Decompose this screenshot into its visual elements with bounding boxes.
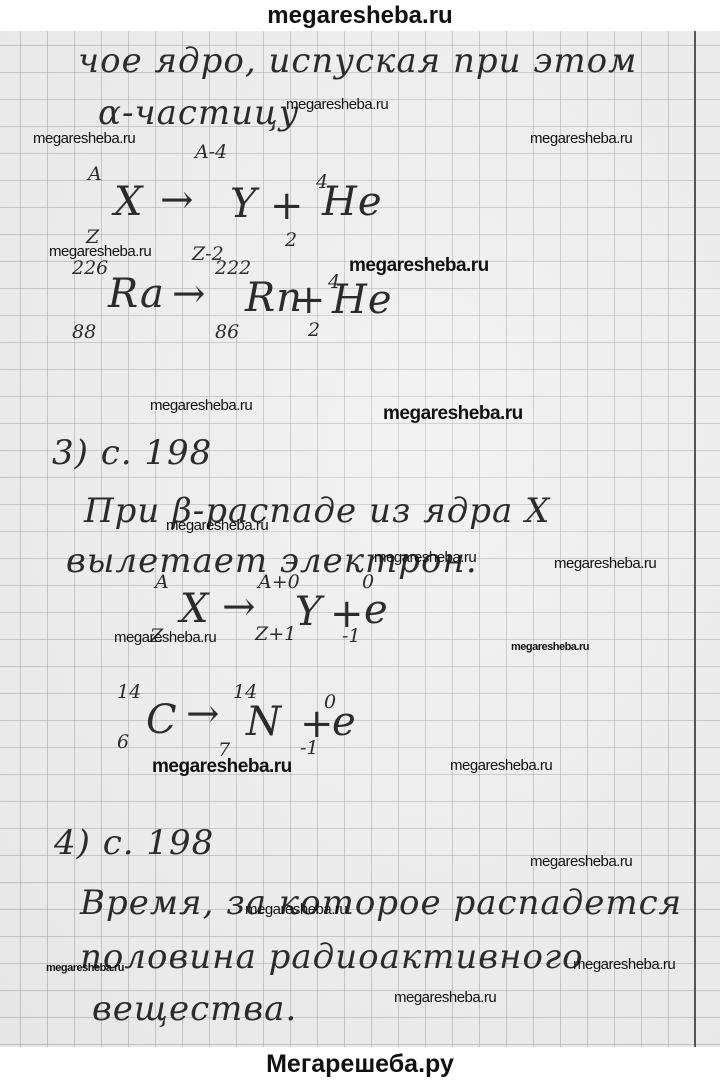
watermark: megaresheba.ru bbox=[573, 956, 675, 973]
watermark: megaresheba.ru bbox=[33, 130, 135, 147]
section4-line-1: Время, за которое распадется bbox=[80, 883, 682, 923]
watermark: megaresheba.ru bbox=[394, 989, 496, 1006]
arrow: → bbox=[160, 177, 195, 223]
watermark: megaresheba.ru bbox=[450, 757, 552, 774]
parent-symbol: X bbox=[180, 586, 209, 632]
notebook-page: чое ядро, испуская при этом α-частицу A … bbox=[0, 31, 720, 1047]
site-title: megaresheba.ru bbox=[267, 2, 452, 29]
emitted-charge: -1 bbox=[342, 625, 361, 647]
intro-line-1: чое ядро, испуская при этом bbox=[78, 41, 637, 81]
emitted-symbol: e bbox=[332, 699, 357, 745]
parent-symbol: Ra bbox=[108, 271, 165, 317]
margin-line bbox=[694, 31, 696, 1047]
section4-line-3: вещества. bbox=[92, 989, 297, 1029]
daughter-charge: Z+1 bbox=[255, 623, 296, 645]
parent-charge: 88 bbox=[72, 321, 96, 343]
site-footer-title: Мегарешеба.ру bbox=[266, 1050, 454, 1078]
site-header: megaresheba.ru bbox=[0, 0, 720, 31]
emitted-symbol: He bbox=[332, 277, 393, 323]
watermark: megaresheba.ru bbox=[46, 962, 124, 974]
parent-mass: 14 bbox=[117, 681, 141, 703]
emitted-charge: 2 bbox=[285, 229, 297, 251]
parent-mass: 226 bbox=[72, 257, 108, 279]
watermark: megaresheba.ru bbox=[286, 96, 388, 113]
parent-charge: 6 bbox=[117, 731, 129, 753]
watermark: megaresheba.ru bbox=[530, 853, 632, 870]
emitted-symbol: e bbox=[364, 587, 389, 633]
emitted-charge: -1 bbox=[300, 737, 319, 759]
watermark: megaresheba.ru bbox=[245, 901, 347, 918]
parent-mass: A bbox=[155, 571, 169, 593]
watermark: megaresheba.ru bbox=[114, 629, 216, 646]
daughter-mass: A-4 bbox=[195, 141, 227, 163]
daughter-charge: 86 bbox=[215, 321, 239, 343]
daughter-mass: A+0 bbox=[258, 571, 300, 593]
parent-symbol: C bbox=[146, 697, 178, 743]
plus: + bbox=[292, 277, 327, 323]
arrow: → bbox=[172, 271, 207, 317]
site-footer: Мегарешеба.ру bbox=[0, 1047, 720, 1081]
parent-symbol: X bbox=[114, 179, 143, 225]
emitted-charge: 2 bbox=[308, 319, 320, 341]
watermark: megaresheba.ru bbox=[554, 555, 656, 572]
watermark: megaresheba.ru bbox=[166, 517, 268, 534]
daughter-symbol: N bbox=[246, 699, 282, 745]
watermark: megaresheba.ru bbox=[374, 549, 476, 566]
parent-mass: A bbox=[88, 163, 102, 185]
plus: + bbox=[270, 183, 305, 229]
section3-heading: 3) с. 198 bbox=[52, 433, 212, 473]
arrow: → bbox=[222, 584, 257, 630]
daughter-symbol: Y bbox=[295, 589, 322, 635]
section4-line-2: половина радиоактивного bbox=[80, 937, 584, 977]
watermark: megaresheba.ru bbox=[49, 243, 151, 260]
watermark: megaresheba.ru bbox=[152, 756, 292, 778]
intro-line-2: α-частицу bbox=[98, 93, 300, 133]
section3-line-1: При β-распаде из ядра X bbox=[84, 491, 550, 531]
arrow: → bbox=[186, 691, 221, 737]
daughter-symbol: Y bbox=[230, 181, 257, 227]
watermark: megaresheba.ru bbox=[349, 255, 489, 277]
watermark: megaresheba.ru bbox=[150, 397, 252, 414]
watermark: megaresheba.ru bbox=[511, 641, 589, 653]
watermark: megaresheba.ru bbox=[530, 130, 632, 147]
section4-heading: 4) с. 198 bbox=[54, 823, 214, 863]
watermark: megaresheba.ru bbox=[383, 403, 523, 425]
emitted-symbol: He bbox=[322, 179, 383, 225]
